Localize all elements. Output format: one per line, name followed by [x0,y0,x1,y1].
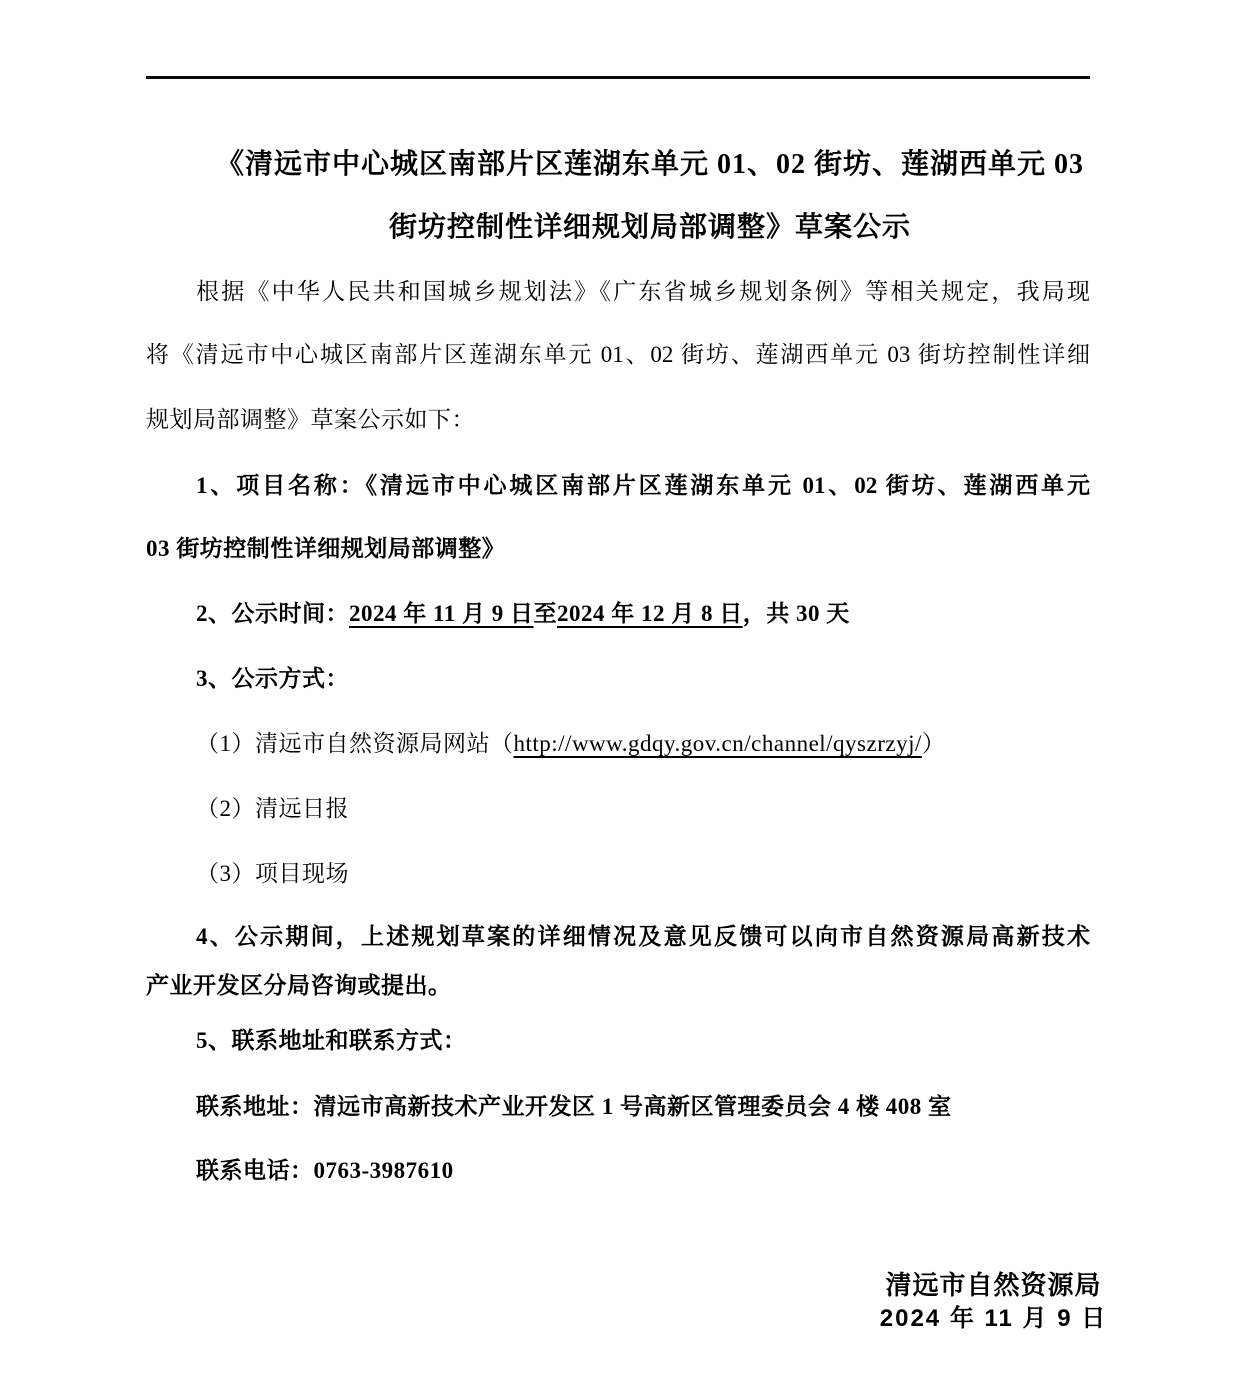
document-page: 《清远市中心城区南部片区莲湖东单元 01、02 街坊、莲湖西单元 03 街坊控制… [0,0,1239,1383]
contact-address: 联系地址：清远市高新技术产业开发区 1 号高新区管理委员会 4 楼 408 室 [146,1092,1090,1122]
item2-prefix: 2、公示时间： [196,601,349,626]
contact-phone: 联系电话：0763-3987610 [146,1156,1090,1186]
item3-publicity-method-heading: 3、公示方式： [146,664,1090,694]
item4-feedback-line-2: 产业开发区分局咨询或提出。 [146,971,1090,1001]
item1-project-name-line-1: 1、项目名称：《清远市中心城区南部片区莲湖东单元 01、02 街坊、莲湖西单元 [146,471,1090,501]
method1-website: （1）清远市自然资源局网站（http://www.gdqy.gov.cn/cha… [146,729,1090,759]
intro-paragraph-line-3: 规划局部调整》草案公示如下： [146,405,1090,435]
method2-newspaper: （2）清远日报 [146,794,1090,824]
signature-block: 清远市自然资源局 2024 年 11 月 9 日 [746,1268,1239,1336]
document-title-line-2: 街坊控制性详细规划局部调整》草案公示 [146,211,1090,245]
item2-mid: 至 [533,601,557,626]
method1-prefix: （1）清远市自然资源局网站（ [196,731,514,756]
item2-start-date: 2024 年 11 月 9 日 [349,601,533,626]
signature-date: 2024 年 11 月 9 日 [746,1302,1239,1336]
item4-feedback-line-1: 4、公示期间，上述规划草案的详细情况及意见反馈可以向市自然资源局高新技术 [146,922,1090,952]
method3-project-site: （3）项目现场 [146,859,1090,889]
item1-project-name-line-2: 03 街坊控制性详细规划局部调整》 [146,534,1090,564]
item2-end-date: 2024 年 12 月 8 日 [557,601,743,626]
website-url-link[interactable]: http://www.gdqy.gov.cn/channel/qyszrzyj/ [514,731,922,756]
item5-contact-heading: 5、联系地址和联系方式： [146,1026,1090,1056]
intro-paragraph-line-1: 根据《中华人民共和国城乡规划法》《广东省城乡规划条例》等相关规定，我局现 [146,277,1090,307]
method1-suffix: ） [922,731,946,756]
signature-organization: 清远市自然资源局 [746,1268,1239,1302]
header-divider-rule [146,76,1090,79]
item2-suffix: ，共 30 天 [743,601,850,626]
intro-paragraph-line-2: 将《清远市中心城区南部片区莲湖东单元 01、02 街坊、莲湖西单元 03 街坊控… [146,340,1090,370]
document-title-line-1: 《清远市中心城区南部片区莲湖东单元 01、02 街坊、莲湖西单元 03 [146,148,1090,182]
item2-publicity-period: 2、公示时间：2024 年 11 月 9 日至2024 年 12 月 8 日，共… [146,599,1090,629]
